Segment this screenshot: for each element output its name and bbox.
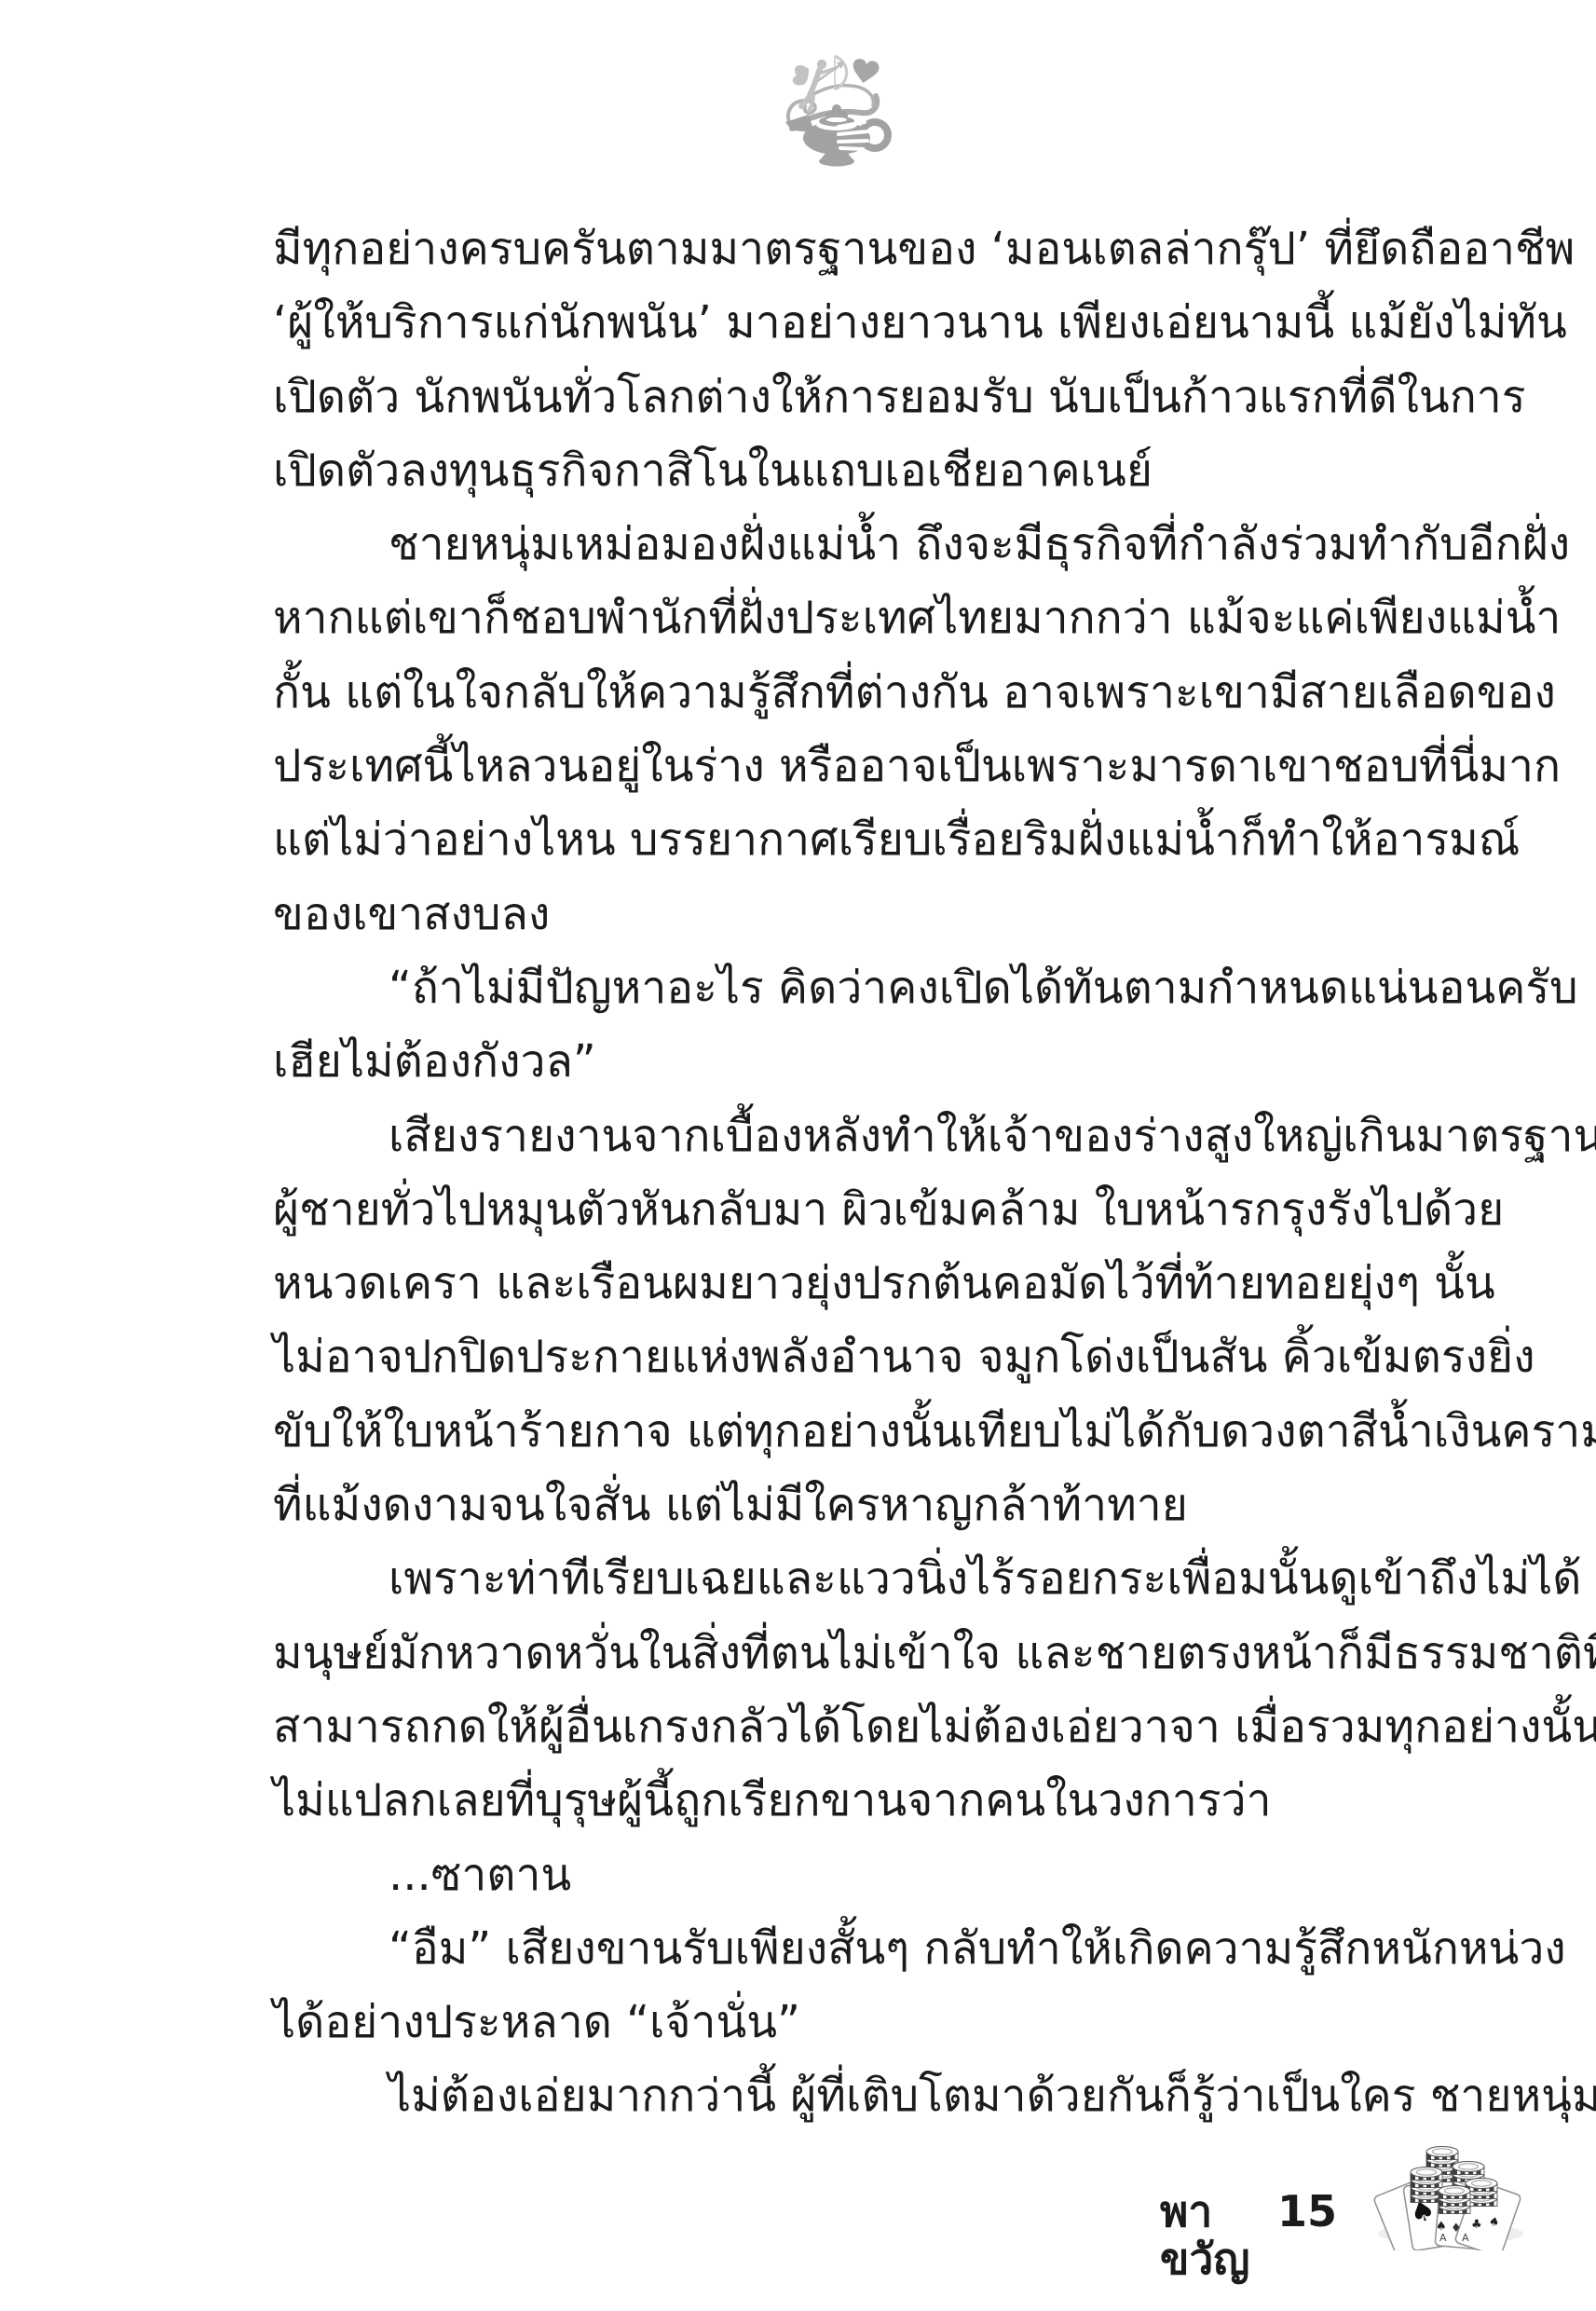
text-line: กั้น แต่ในใจกลับให้ความรู้สึกที่ต่างกัน …: [273, 656, 1413, 730]
genie-lamp-cupid-heart-icon: [783, 54, 894, 171]
text-line: ของเขาสงบลง: [273, 878, 1413, 951]
text-line: เฮียไม่ต้องกังวล”: [273, 1025, 1413, 1099]
page-footer: พาขวัญ 15: [1160, 2188, 1337, 2282]
club-pip: ♣: [1471, 2218, 1482, 2232]
book-page: มีทุกอย่างครบครันตามมาตรฐานของ ‘มอนเตลล่…: [0, 0, 1596, 2311]
ace-mark-2: A: [1439, 2232, 1447, 2244]
paragraph: มีทุกอย่างครบครันตามมาตรฐานของ ‘มอนเตลล่…: [273, 212, 1413, 508]
text-line: เปิดตัว นักพนันทั่วโลกต่างให้การยอมรับ น…: [273, 361, 1413, 434]
text-line: ประเทศนี้ไหลวนอยู่ในร่าง หรืออาจเป็นเพรา…: [273, 730, 1413, 803]
paragraph: เพราะท่าทีเรียบเฉยและแววนิ่งไร้รอยกระเพื…: [273, 1542, 1413, 1838]
text-line: “ถ้าไม่มีปัญหาอะไร คิดว่าคงเปิดได้ทันตาม…: [273, 951, 1413, 1025]
paragraph: “อืม” เสียงขานรับเพียงสั้นๆ กลับทำให้เกิ…: [273, 1912, 1413, 2060]
paragraph: “ถ้าไม่มีปัญหาอะไร คิดว่าคงเปิดได้ทันตาม…: [273, 951, 1413, 1100]
text-line: ไม่แปลกเลยที่บุรุษผู้นี้ถูกเรียกขานจากคน…: [273, 1764, 1413, 1838]
text-line: เพราะท่าทีเรียบเฉยและแววนิ่งไร้รอยกระเพื…: [273, 1542, 1413, 1616]
text-line: เสียงรายงานจากเบื้องหลังทำให้เจ้าของร่าง…: [273, 1100, 1413, 1173]
body-text: มีทุกอย่างครบครันตามมาตรฐานของ ‘มอนเตลล่…: [273, 212, 1413, 2134]
text-line: สามารถกดให้ผู้อื่นเกรงกลัวได้โดยไม่ต้องเ…: [273, 1690, 1413, 1764]
casino-chips-cards-icon: ♠ ♠ ♦ ♣ ♠ A A: [1372, 2139, 1529, 2250]
text-line: ไม่ต้องเอ่ยมากกว่านี้ ผู้ที่เติบโตมาด้วย…: [273, 2059, 1413, 2133]
text-line: ‘ผู้ให้บริการแก่นักพนัน’ มาอย่างยาวนาน เ…: [273, 286, 1413, 360]
text-line: มีทุกอย่างครบครันตามมาตรฐานของ ‘มอนเตลล่…: [273, 212, 1413, 286]
text-line: ชายหนุ่มเหม่อมองฝั่งแม่น้ำ ถึงจะมีธุรกิจ…: [273, 508, 1413, 581]
text-line: ที่แม้งดงามจนใจสั่น แต่ไม่มีใครหาญกล้าท้…: [273, 1469, 1413, 1542]
text-line: ขับให้ใบหน้าร้ายกาจ แต่ทุกอย่างนั้นเทียบ…: [273, 1395, 1413, 1469]
paragraph: เสียงรายงานจากเบื้องหลังทำให้เจ้าของร่าง…: [273, 1100, 1413, 1543]
paragraph: ชายหนุ่มเหม่อมองฝั่งแม่น้ำ ถึงจะมีธุรกิจ…: [273, 508, 1413, 951]
book-title: พาขวัญ: [1160, 2188, 1277, 2282]
paragraph: ไม่ต้องเอ่ยมากกว่านี้ ผู้ที่เติบโตมาด้วย…: [273, 2059, 1413, 2133]
text-line: “อืม” เสียงขานรับเพียงสั้นๆ กลับทำให้เกิ…: [273, 1912, 1413, 1986]
text-line: เปิดตัวลงทุนธุรกิจกาสิโนในแถบเอเชียอาคเน…: [273, 434, 1413, 508]
text-line: ผู้ชายทั่วไปหมุนตัวหันกลับมา ผิวเข้มคล้า…: [273, 1173, 1413, 1247]
diamond-pip: ♦: [1451, 2222, 1462, 2236]
genie-lamp-ornament-svg: [783, 54, 894, 171]
text-line: ไม่อาจปกปิดประกายแห่งพลังอำนาจ จมูกโด่งเ…: [273, 1320, 1413, 1394]
page-number: 15: [1277, 2188, 1337, 2236]
text-line: หากแต่เขาก็ชอบพำนักที่ฝั่งประเทศไทยมากกว…: [273, 581, 1413, 655]
heart-shape: [851, 58, 880, 85]
text-line: ได้อย่างประหลาด “เจ้านั่น”: [273, 1986, 1413, 2059]
ace-mark: A: [1462, 2232, 1469, 2244]
chips-cards-svg: ♠ ♠ ♦ ♣ ♠ A A: [1372, 2139, 1529, 2250]
text-line: มนุษย์มักหวาดหวั่นในสิ่งที่ตนไม่เข้าใจ แ…: [273, 1617, 1413, 1690]
text-line: หนวดเครา และเรือนผมยาวยุ่งปรกต้นคอมัดไว้…: [273, 1247, 1413, 1320]
text-line: แต่ไม่ว่าอย่างไหน บรรยากาศเรียบเรื่อยริม…: [273, 803, 1413, 877]
paragraph: ...ซาตาน: [273, 1839, 1413, 1912]
text-line: ...ซาตาน: [273, 1839, 1413, 1912]
